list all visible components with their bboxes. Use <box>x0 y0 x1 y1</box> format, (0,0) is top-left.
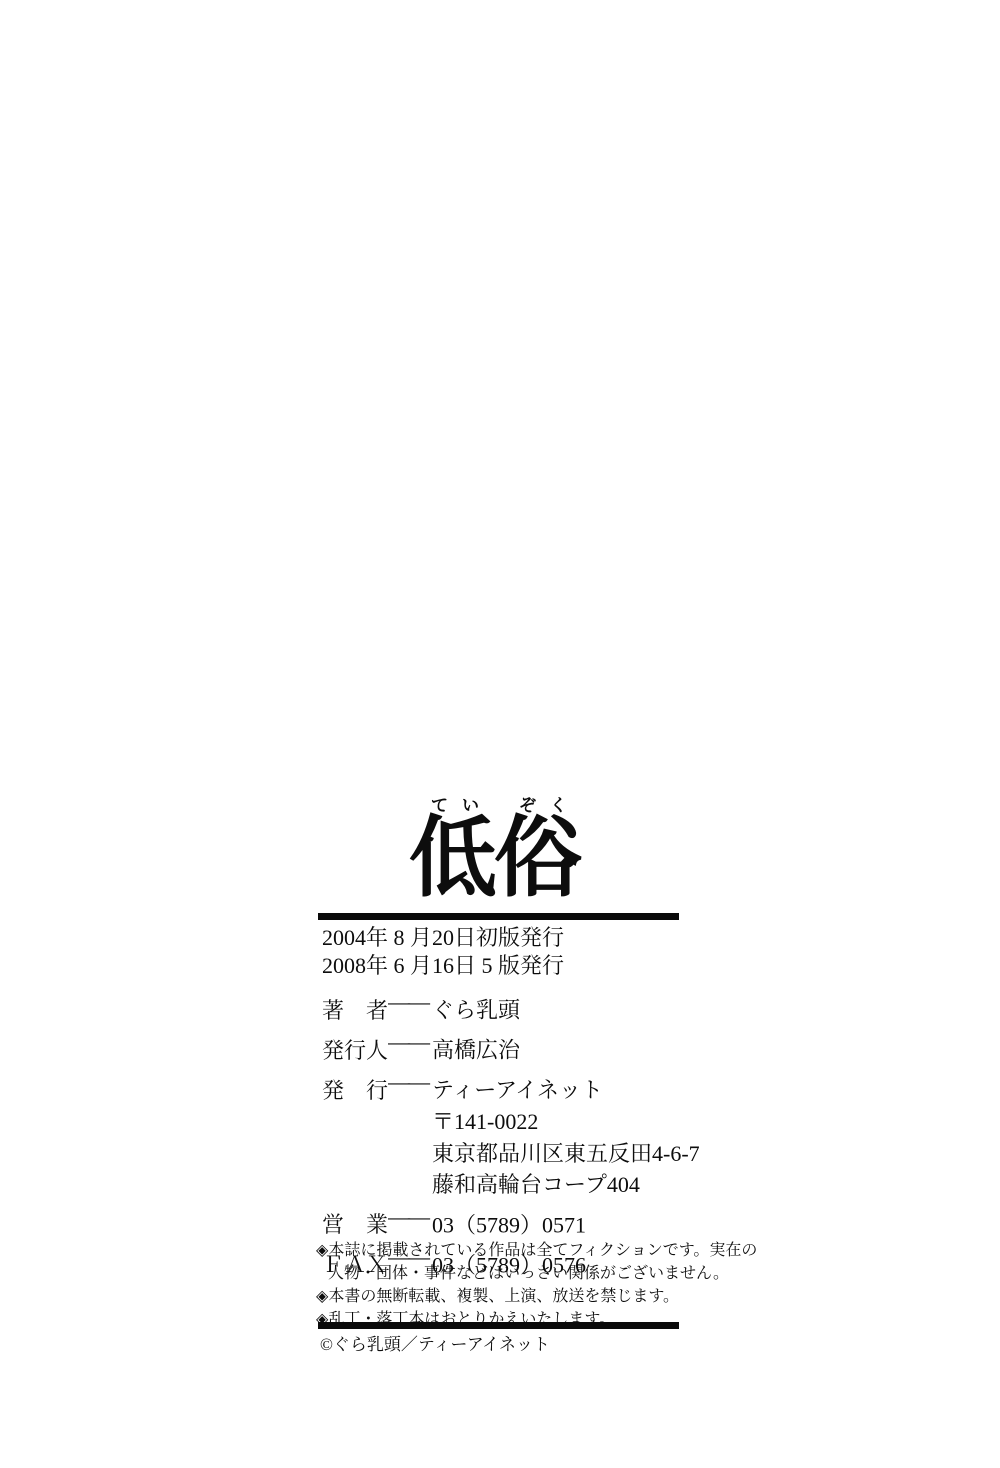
bottom-rule <box>318 1322 679 1329</box>
book-title: 低俗 <box>0 816 988 904</box>
publisher-line: 発 行——ティーアイネット <box>322 1066 700 1106</box>
publisher-person-dash: —— <box>388 1026 432 1058</box>
author-line: 著 者——ぐら乳頭 <box>322 986 700 1026</box>
fifth-edition-date: 2008年 6 月16日 5 版発行 <box>322 952 564 980</box>
diamond-bullet-icon: ◈ <box>316 1242 328 1259</box>
publication-credits: 著 者——ぐら乳頭 発行人——高橋広治 発 行——ティーアイネット 〒141-0… <box>322 986 700 1281</box>
book-title-char2: 俗 <box>494 811 579 908</box>
author-dash: —— <box>388 986 432 1018</box>
sales-phone-line: 営 業——03（5789）0571 <box>322 1201 700 1241</box>
diamond-bullet-icon: ◈ <box>316 1288 328 1305</box>
sales-label: 営 業 <box>322 1209 388 1241</box>
address-line2: 藤和高輪台コープ404 <box>322 1169 700 1201</box>
title-underline-rule <box>318 913 679 920</box>
publisher-person-label: 発行人 <box>322 1035 388 1067</box>
colophon-page: てい ぞく 低俗 2004年 8 月20日初版発行 2008年 6 月16日 5… <box>0 0 1000 1468</box>
publisher-value: ティーアイネット <box>432 1078 603 1103</box>
first-edition-date: 2004年 8 月20日初版発行 <box>322 924 564 952</box>
notice-fiction-line1: ◈本誌に掲載されている作品は全てフィクションです。実在の <box>316 1239 757 1262</box>
author-value: ぐら乳頭 <box>432 998 520 1023</box>
publisher-dash: —— <box>388 1066 432 1098</box>
postal-code: 〒141-0022 <box>322 1106 700 1138</box>
notice-no-reproduction-text: 本書の無断転載、複製、上演、放送を禁じます。 <box>328 1288 679 1305</box>
author-label: 著 者 <box>322 995 388 1027</box>
publisher-person-line: 発行人——高橋広治 <box>322 1026 700 1066</box>
sales-dash: —— <box>388 1201 432 1233</box>
notice-no-reproduction: ◈本書の無断転載、複製、上演、放送を禁じます。 <box>316 1285 757 1308</box>
publisher-person-value: 高橋広治 <box>432 1038 520 1063</box>
notice-fiction-line2: 人物・団体・事件などはいっさい関係がございません。 <box>316 1262 757 1285</box>
copyright-line: ©ぐら乳頭／ティーアイネット <box>320 1334 550 1356</box>
notice-fiction-text1: 本誌に掲載されている作品は全てフィクションです。実在の <box>328 1242 757 1259</box>
legal-notices: ◈本誌に掲載されている作品は全てフィクションです。実在の 人物・団体・事件などは… <box>316 1239 757 1331</box>
sales-value: 03（5789）0571 <box>432 1212 586 1237</box>
publisher-label: 発 行 <box>322 1075 388 1107</box>
edition-dates: 2004年 8 月20日初版発行 2008年 6 月16日 5 版発行 <box>322 924 564 980</box>
address-line1: 東京都品川区東五反田4-6-7 <box>322 1138 700 1170</box>
book-title-char1: 低 <box>409 811 494 908</box>
